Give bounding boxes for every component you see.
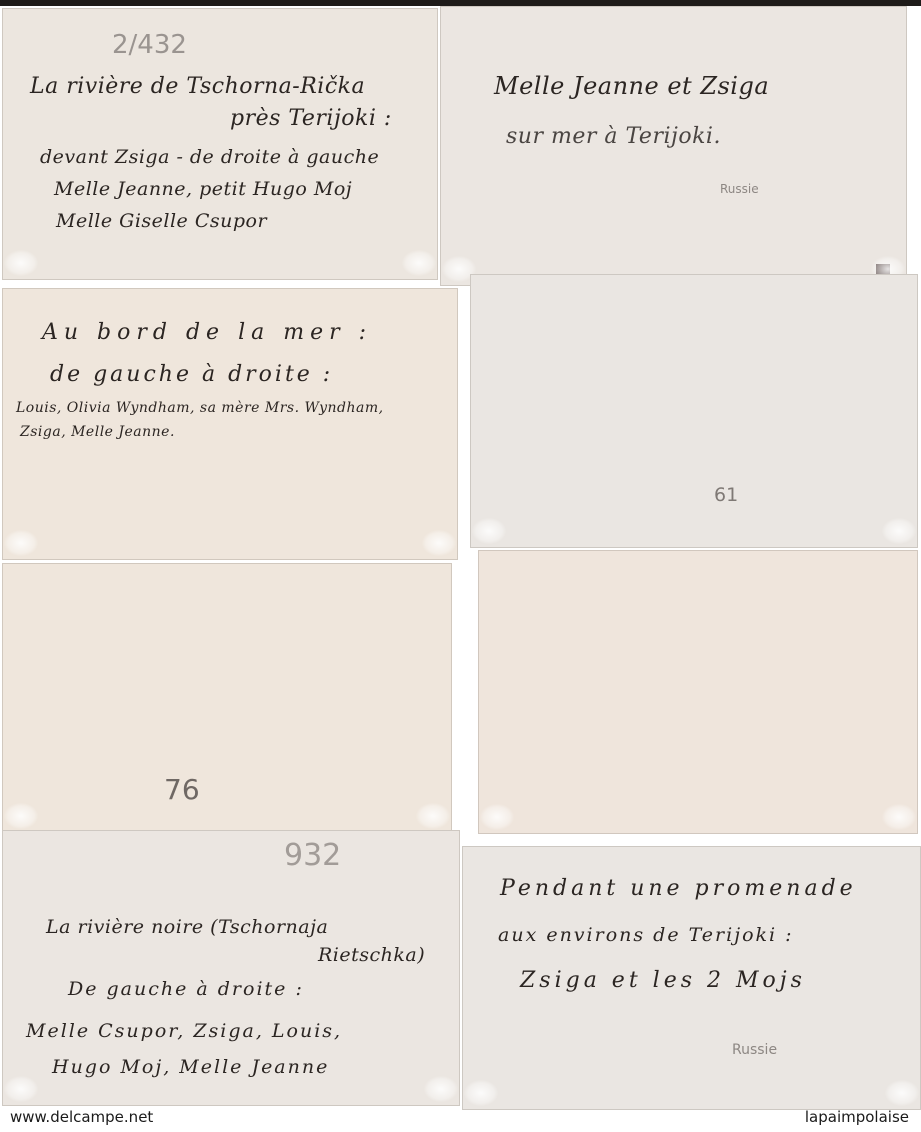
card-row3-right <box>478 550 918 834</box>
card-row2-right: 61 <box>470 274 918 548</box>
pencil-note: 61 <box>714 484 738 506</box>
card-row2-left: Au bord de la mer : de gauche à droite :… <box>2 288 458 560</box>
caption-line: Rietschka) <box>318 944 425 966</box>
pencil-note: Russie <box>720 182 759 196</box>
watermark-delcampe: www.delcampe.net <box>10 1108 153 1126</box>
caption-line: Louis, Olivia Wyndham, sa mère Mrs. Wynd… <box>16 400 384 416</box>
card-row3-left: 76 <box>2 563 452 833</box>
caption-line: La rivière de Tschorna-Rička <box>30 74 365 99</box>
card-row1-left: 2/432 La rivière de Tschorna-Rička près … <box>2 8 438 280</box>
caption-line: Melle Csupor, Zsiga, Louis, <box>26 1020 342 1042</box>
caption-line: Melle Giselle Csupor <box>56 210 267 232</box>
caption-line: Zsiga, Melle Jeanne. <box>20 424 175 440</box>
caption-line: aux environs de Terijoki : <box>498 924 794 946</box>
caption-line: devant Zsiga - de droite à gauche <box>40 146 379 168</box>
card-row4-left: 932 La rivière noire (Tschornaja Rietsch… <box>2 830 460 1106</box>
caption-line: sur mer à Terijoki. <box>506 124 721 149</box>
caption-line: De gauche à droite : <box>68 978 304 1000</box>
pencil-number: 932 <box>284 838 341 873</box>
pencil-note: Russie <box>732 1042 777 1058</box>
caption-line: Hugo Moj, Melle Jeanne <box>52 1056 329 1078</box>
watermark-seller: lapaimpolaise <box>805 1108 909 1126</box>
caption-line: Melle Jeanne, petit Hugo Moj <box>54 178 352 200</box>
caption-line: Zsiga et les 2 Mojs <box>520 968 806 993</box>
pencil-number: 2/432 <box>112 30 187 60</box>
card-row1-right: Melle Jeanne et Zsiga sur mer à Terijoki… <box>440 6 907 286</box>
caption-line: près Terijoki : <box>230 106 392 131</box>
card-row4-right: Pendant une promenade aux environs de Te… <box>462 846 921 1110</box>
caption-line: Melle Jeanne et Zsiga <box>494 72 769 100</box>
pencil-note: 76 <box>164 773 200 806</box>
caption-line: Pendant une promenade <box>500 876 857 901</box>
caption-line: de gauche à droite : <box>50 362 333 387</box>
caption-line: La rivière noire (Tschornaja <box>46 916 328 938</box>
caption-line: Au bord de la mer : <box>42 320 372 345</box>
